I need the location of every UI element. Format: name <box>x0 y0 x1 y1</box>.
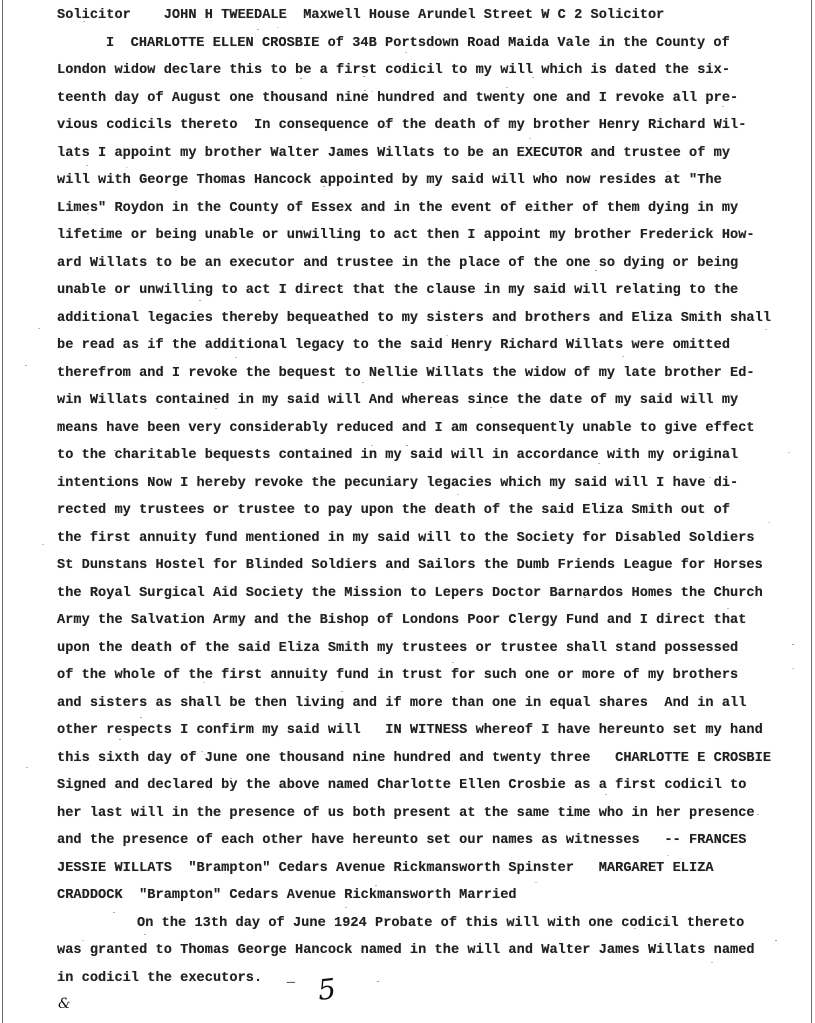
scan-speck <box>203 682 205 683</box>
scan-speck <box>667 171 669 172</box>
scan-speck <box>595 270 597 271</box>
scan-speck <box>409 920 411 921</box>
scan-speck <box>622 356 624 357</box>
text-line: Signed and declared by the above named C… <box>57 775 797 803</box>
text-line: and sisters as shall be then living and … <box>57 693 797 721</box>
scan-speck <box>768 522 770 523</box>
scan-speck <box>59 953 61 954</box>
scan-speck <box>84 69 86 70</box>
scan-speck <box>402 569 404 570</box>
scan-speck <box>757 814 759 815</box>
text-line: in codicil the executors. _ <box>57 968 797 996</box>
scan-speck <box>167 425 169 426</box>
scan-speck <box>340 288 342 289</box>
scan-speck <box>187 399 189 400</box>
scan-left-border <box>2 0 3 1023</box>
text-line: of the whole of the first annuity fund i… <box>57 665 797 693</box>
scan-speck <box>431 319 433 320</box>
text-line: vious codicils thereto In consequence of… <box>57 115 797 143</box>
text-line: I CHARLOTTE ELLEN CROSBIE of 34B Portsdo… <box>57 33 797 61</box>
scan-speck <box>406 445 408 446</box>
handwritten-margin-mark: & <box>58 996 70 1012</box>
text-line: lats I appoint my brother Walter James W… <box>57 143 797 171</box>
scan-speck <box>345 907 347 908</box>
scan-speck <box>204 754 206 755</box>
text-line: and the presence of each other have here… <box>57 830 797 858</box>
scan-speck <box>83 21 85 22</box>
text-line: the Royal Surgical Aid Society the Missi… <box>57 583 797 611</box>
text-line: St Dunstans Hostel for Blinded Soldiers … <box>57 555 797 583</box>
scan-speck <box>490 407 492 408</box>
text-line: ard Willats to be an executor and truste… <box>57 253 797 281</box>
text-line: to the charitable bequests contained in … <box>57 445 797 473</box>
scan-speck <box>364 90 366 91</box>
scan-speck <box>235 357 237 358</box>
scan-speck <box>26 767 28 768</box>
scan-speck <box>719 268 721 269</box>
scan-speck <box>114 450 116 451</box>
handwritten-page-number: 5 <box>316 972 337 1007</box>
scan-speck <box>199 300 201 301</box>
scan-speck <box>105 485 107 486</box>
scan-speck <box>596 342 598 343</box>
text-line: win Willats contained in my said will An… <box>57 390 797 418</box>
scan-speck <box>371 91 373 92</box>
scan-speck <box>579 648 581 649</box>
scan-speck <box>363 76 365 77</box>
scan-speck <box>323 186 325 187</box>
scan-speck <box>194 395 196 396</box>
scan-speck <box>341 691 343 692</box>
text-line: be read as if the additional legacy to t… <box>57 335 797 363</box>
scan-speck <box>144 934 146 935</box>
scan-speck <box>113 912 115 913</box>
text-line: JESSIE WILLATS "Brampton" Cedars Avenue … <box>57 858 797 886</box>
text-line: lifetime or being unable or unwilling to… <box>57 225 797 253</box>
scan-speck <box>602 649 604 650</box>
scan-speck <box>375 885 377 886</box>
scan-speck <box>452 662 454 663</box>
scan-speck <box>405 52 407 53</box>
text-line: will with George Thomas Hancock appointe… <box>57 170 797 198</box>
scan-speck <box>792 644 794 645</box>
text-line: rected my trustees or trustee to pay upo… <box>57 500 797 528</box>
text-line: other respects I confirm my said will IN… <box>57 720 797 748</box>
scan-speck <box>788 452 790 453</box>
scan-speck <box>257 29 259 30</box>
scan-speck <box>38 328 40 329</box>
scan-speck <box>775 940 777 941</box>
scan-speck <box>289 235 291 236</box>
text-line: London widow declare this to be a first … <box>57 60 797 88</box>
scan-speck <box>86 165 88 166</box>
scan-speck <box>584 597 586 598</box>
scan-speck <box>532 77 534 78</box>
scan-speck <box>230 778 232 779</box>
text-line: upon the death of the said Eliza Smith m… <box>57 638 797 666</box>
text-line: Limes" Roydon in the County of Essex and… <box>57 198 797 226</box>
scan-speck <box>667 181 669 182</box>
text-line: On the 13th day of June 1924 Probate of … <box>57 913 797 941</box>
scan-speck <box>82 940 84 941</box>
scan-speck <box>371 445 373 446</box>
text-line: teenth day of August one thousand nine h… <box>57 88 797 116</box>
document-page: Solicitor JOHN H TWEEDALE Maxwell House … <box>0 0 815 1023</box>
scan-speck <box>344 505 346 506</box>
scan-speck <box>403 233 405 234</box>
scan-speck <box>457 494 459 495</box>
scan-speck <box>535 882 537 883</box>
scan-speck <box>201 751 203 752</box>
scan-speck <box>792 668 794 669</box>
scan-speck <box>400 65 402 66</box>
text-line: her last will in the presence of us both… <box>57 803 797 831</box>
scan-speck <box>119 739 121 740</box>
scan-speck <box>300 78 302 79</box>
scan-speck <box>711 962 713 963</box>
scan-speck <box>126 167 128 168</box>
scan-speck <box>605 794 607 795</box>
text-line: additional legacies thereby bequeathed t… <box>57 308 797 336</box>
scan-speck <box>529 138 531 139</box>
text-line: therefrom and I revoke the bequest to Ne… <box>57 363 797 391</box>
text-line: CRADDOCK "Brampton" Cedars Avenue Rickma… <box>57 885 797 913</box>
scan-speck <box>727 608 729 609</box>
text-line: was granted to Thomas George Hancock nam… <box>57 940 797 968</box>
scan-speck <box>140 717 142 718</box>
scan-speck <box>42 544 44 545</box>
scan-speck <box>506 87 508 88</box>
scan-speck <box>598 463 600 464</box>
text-line: intentions Now I hereby revoke the pecun… <box>57 473 797 501</box>
scan-speck <box>667 855 669 856</box>
text-line: this sixth day of June one thousand nine… <box>57 748 797 776</box>
scan-speck <box>726 536 728 537</box>
scan-speck <box>722 106 724 107</box>
scan-speck <box>210 449 212 450</box>
scan-speck <box>25 365 27 366</box>
scan-speck <box>366 895 368 896</box>
scan-speck <box>547 171 549 172</box>
scan-speck <box>446 335 448 336</box>
scan-speck <box>385 126 387 127</box>
solicitor-header-line: Solicitor JOHN H TWEEDALE Maxwell House … <box>57 5 797 33</box>
scan-speck <box>81 892 83 893</box>
scan-right-border <box>811 0 812 1023</box>
text-line: unable or unwilling to act I direct that… <box>57 280 797 308</box>
scan-speck <box>215 408 217 409</box>
scan-speck <box>87 213 89 214</box>
scan-speck <box>377 981 379 982</box>
scan-speck <box>362 382 364 383</box>
scan-speck <box>634 928 636 929</box>
scan-speck <box>709 477 711 478</box>
scan-speck <box>60 374 62 375</box>
text-line: the first annuity fund mentioned in my s… <box>57 528 797 556</box>
text-line: means have been very considerably reduce… <box>57 418 797 446</box>
scan-speck <box>277 27 279 28</box>
scan-speck <box>544 285 546 286</box>
typewritten-text-body: Solicitor JOHN H TWEEDALE Maxwell House … <box>57 5 797 995</box>
text-line: Army the Salvation Army and the Bishop o… <box>57 610 797 638</box>
scan-speck <box>765 329 767 330</box>
